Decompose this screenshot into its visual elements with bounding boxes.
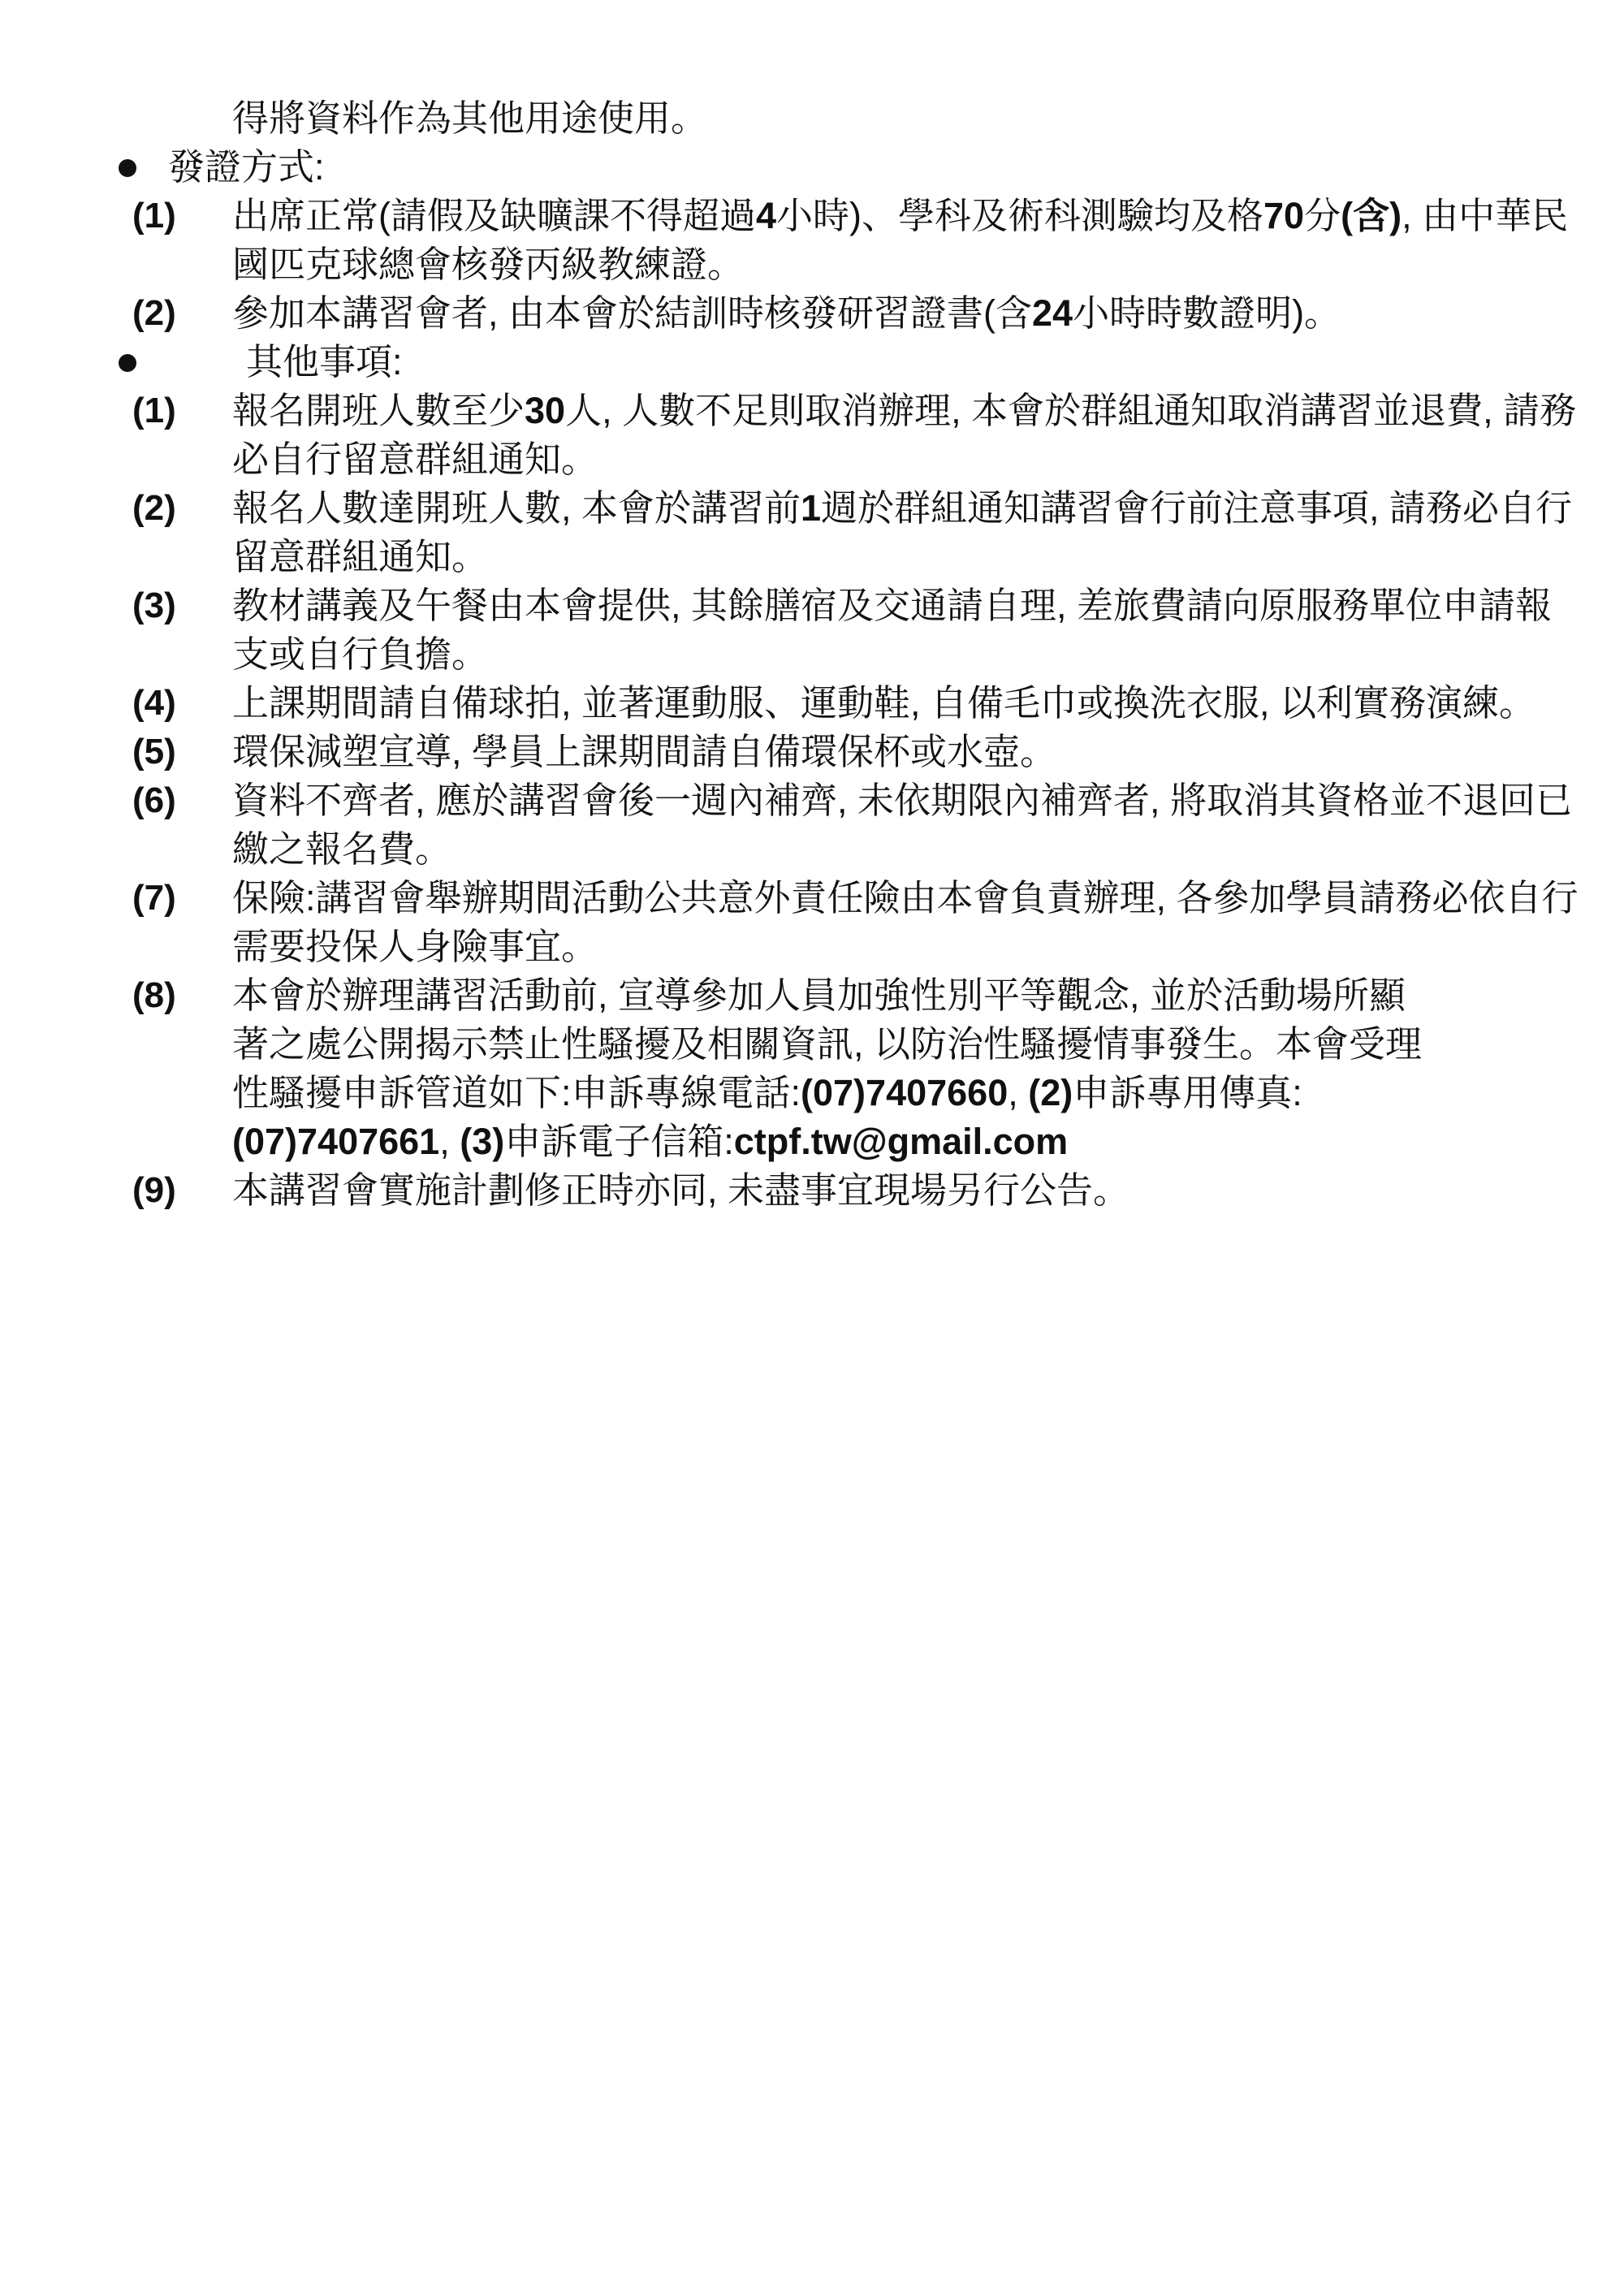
document-line: (3)教材講義及午餐由本會提供, 其餘膳宿及交通請自理, 差旅費請向原服務單位申… [0,581,1624,630]
line-text: 上課期間請自備球拍, 並著運動服、運動鞋, 自備毛巾或換洗衣服, 以利實務演練。 [232,679,1535,728]
document-line: (2)報名人數達開班人數, 本會於講習前1週於群組通知講習會行前注意事項, 請務… [0,484,1624,533]
document-line: 國匹克球總會核發丙級教練證。 [0,240,1624,289]
text-segment: 留意群組通知。 [232,536,488,577]
text-segment: 申訴專用傳真: [1073,1072,1302,1113]
bold-text-segment: ctpf.tw@gmail.com [734,1121,1068,1162]
bold-text-segment: (含) [1341,195,1402,236]
text-segment: 小時)、學科及術科測驗均及格 [776,195,1263,236]
text-segment: , [1008,1072,1028,1113]
text-segment: , 由中華民 [1402,195,1568,236]
line-text: 出席正常(請假及缺曠課不得超過4小時)、學科及術科測驗均及格70分(含), 由中… [232,192,1568,240]
text-segment: 保險:講習會舉辦期間活動公共意外責任險由本會負責辦理, 各參加學員請務必依自行 [232,877,1579,918]
list-item-marker: (2) [132,484,176,533]
text-segment: 得將資料作為其他用途使用。 [232,97,707,139]
document-line: (1)報名開班人數至少30人, 人數不足則取消辦理, 本會於群組通知取消講習並退… [0,387,1624,435]
document-line: (6)資料不齊者, 應於講習會後一週內補齊, 未依期限內補齊者, 將取消其資格並… [0,776,1624,825]
line-text: 留意群組通知。 [232,533,488,581]
list-item-marker: (7) [132,874,176,923]
document-line: (4)上課期間請自備球拍, 並著運動服、運動鞋, 自備毛巾或換洗衣服, 以利實務… [0,679,1624,728]
line-text: 著之處公開揭示禁止性騷擾及相關資訊, 以防治性騷擾情事發生。本會受理 [232,1020,1422,1069]
document-line: (8)本會於辦理講習活動前, 宣導參加人員加強性別平等觀念, 並於活動場所顯 [0,971,1624,1020]
line-text: 參加本講習會者, 由本會於結訓時核發研習證書(含24小時時數證明)。 [232,289,1341,338]
text-segment: 人, 人數不足則取消辦理, 本會於群組通知取消講習並退費, 請務 [565,390,1576,431]
document-line: 需要投保人身險事宜。 [0,923,1624,971]
list-item-marker: (1) [132,192,176,240]
line-text: 資料不齊者, 應於講習會後一週內補齊, 未依期限內補齊者, 將取消其資格並不退回… [232,776,1572,825]
line-text: (07)7407661, (3)申訴電子信箱:ctpf.tw@gmail.com [232,1117,1068,1166]
bold-text-segment: (2) [1028,1072,1073,1113]
bullet-icon [119,354,136,372]
text-segment: 出席正常(請假及缺曠課不得超過 [232,195,756,236]
text-segment: 分 [1304,195,1341,236]
text-segment: 著之處公開揭示禁止性騷擾及相關資訊, 以防治性騷擾情事發生。本會受理 [232,1023,1422,1065]
text-segment: 必自行留意群組通知。 [232,439,598,480]
bold-text-segment: 70 [1263,195,1304,236]
list-item-marker: (1) [132,387,176,435]
text-segment: 小時時數證明)。 [1073,292,1341,334]
list-item-marker: (2) [132,289,176,338]
list-item-marker: (5) [132,728,176,776]
list-item-marker: (9) [132,1166,176,1215]
bold-text-segment: (07)7407660 [801,1072,1008,1113]
line-text: 必自行留意群組通知。 [232,435,598,484]
line-text: 報名人數達開班人數, 本會於講習前1週於群組通知講習會行前注意事項, 請務必自行 [232,484,1572,533]
text-segment: 參加本講習會者, 由本會於結訓時核發研習證書(含 [232,292,1032,334]
line-text: 支或自行負擔。 [232,630,488,679]
list-item-marker: (4) [132,679,176,728]
line-text: 得將資料作為其他用途使用。 [232,94,707,143]
line-text: 保險:講習會舉辦期間活動公共意外責任險由本會負責辦理, 各參加學員請務必依自行 [232,874,1579,923]
text-segment: 發證方式: [168,146,325,188]
list-item-marker: (6) [132,776,176,825]
line-text: 國匹克球總會核發丙級教練證。 [232,240,744,289]
bold-text-segment: 1 [801,487,821,529]
document-line: (2)參加本講習會者, 由本會於結訓時核發研習證書(含24小時時數證明)。 [0,289,1624,338]
bold-text-segment: 4 [756,195,776,236]
text-segment: 報名人數達開班人數, 本會於講習前 [232,487,801,529]
bold-text-segment: (07)7407661 [232,1121,439,1162]
document-line: 繳之報名費。 [0,825,1624,874]
text-segment: 繳之報名費。 [232,828,451,870]
line-text: 本會於辦理講習活動前, 宣導參加人員加強性別平等觀念, 並於活動場所顯 [232,971,1406,1020]
text-segment: 報名開班人數至少 [232,390,525,431]
document-line: 著之處公開揭示禁止性騷擾及相關資訊, 以防治性騷擾情事發生。本會受理 [0,1020,1624,1069]
text-segment: 週於群組通知講習會行前注意事項, 請務必自行 [821,487,1572,529]
text-segment: 環保減塑宣導, 學員上課期間請自備環保杯或水壺。 [232,731,1056,772]
text-segment: 本講習會實施計劃修正時亦同, 未盡事宜現場另行公告。 [232,1169,1129,1211]
bullet-icon [119,159,136,177]
text-segment: , [439,1121,460,1162]
document-page: 得將資料作為其他用途使用。發證方式:(1)出席正常(請假及缺曠課不得超過4小時)… [0,0,1624,2295]
bullet-heading-line: 其他事項: [0,338,1624,387]
document-line: (7)保險:講習會舉辦期間活動公共意外責任險由本會負責辦理, 各參加學員請務必依… [0,874,1624,923]
line-text: 繳之報名費。 [232,825,451,874]
line-text: 環保減塑宣導, 學員上課期間請自備環保杯或水壺。 [232,728,1056,776]
line-text: 報名開班人數至少30人, 人數不足則取消辦理, 本會於群組通知取消講習並退費, … [232,387,1576,435]
line-text: 其他事項: [246,338,403,387]
line-text: 發證方式: [168,143,325,192]
document-line: (07)7407661, (3)申訴電子信箱:ctpf.tw@gmail.com [0,1117,1624,1166]
text-segment: 國匹克球總會核發丙級教練證。 [232,244,744,285]
text-segment: 申訴電子信箱: [504,1121,734,1162]
bold-text-segment: 30 [525,390,565,431]
document-line: (1)出席正常(請假及缺曠課不得超過4小時)、學科及術科測驗均及格70分(含),… [0,192,1624,240]
text-segment: 教材講義及午餐由本會提供, 其餘膳宿及交通請自理, 差旅費請向原服務單位申請報 [232,585,1552,626]
document-line: 必自行留意群組通知。 [0,435,1624,484]
document-line: 性騷擾申訴管道如下:申訴專線電話:(07)7407660, (2)申訴專用傳真: [0,1069,1624,1117]
text-segment: 性騷擾申訴管道如下:申訴專線電話: [232,1072,801,1113]
line-text: 性騷擾申訴管道如下:申訴專線電話:(07)7407660, (2)申訴專用傳真: [232,1069,1302,1117]
list-item-marker: (3) [132,581,176,630]
document-line: 留意群組通知。 [0,533,1624,581]
bold-text-segment: 24 [1032,292,1073,334]
list-item-marker: (8) [132,971,176,1020]
text-segment: 需要投保人身險事宜。 [232,926,598,967]
text-segment: 支或自行負擔。 [232,633,488,675]
document-line: 支或自行負擔。 [0,630,1624,679]
text-segment: 本會於辦理講習活動前, 宣導參加人員加強性別平等觀念, 並於活動場所顯 [232,975,1406,1016]
bold-text-segment: (3) [460,1121,504,1162]
text-segment: 上課期間請自備球拍, 並著運動服、運動鞋, 自備毛巾或換洗衣服, 以利實務演練。 [232,682,1535,724]
document-line: 得將資料作為其他用途使用。 [0,94,1624,143]
document-line: (5)環保減塑宣導, 學員上課期間請自備環保杯或水壺。 [0,728,1624,776]
bullet-heading-line: 發證方式: [0,143,1624,192]
document-line: (9)本講習會實施計劃修正時亦同, 未盡事宜現場另行公告。 [0,1166,1624,1215]
line-text: 本講習會實施計劃修正時亦同, 未盡事宜現場另行公告。 [232,1166,1129,1215]
line-text: 教材講義及午餐由本會提供, 其餘膳宿及交通請自理, 差旅費請向原服務單位申請報 [232,581,1552,630]
text-segment: 其他事項: [246,341,403,382]
line-text: 需要投保人身險事宜。 [232,923,598,971]
document-body: 得將資料作為其他用途使用。發證方式:(1)出席正常(請假及缺曠課不得超過4小時)… [0,94,1624,1215]
text-segment: 資料不齊者, 應於講習會後一週內補齊, 未依期限內補齊者, 將取消其資格並不退回… [232,780,1572,821]
